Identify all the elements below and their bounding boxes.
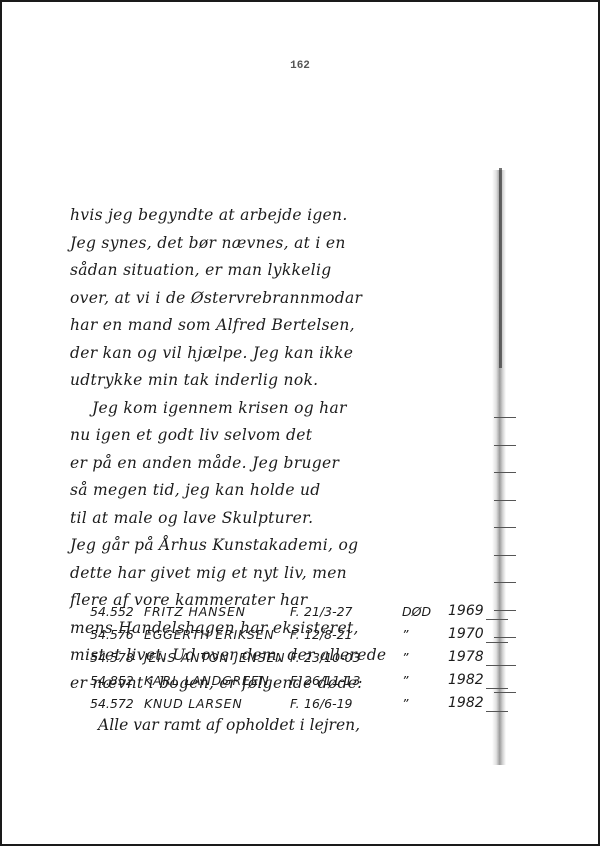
death-year: 1982 [448,669,484,692]
death-year: 1982 [448,692,484,715]
handwritten-line: dette har givet mig et nyt liv, men [70,560,510,588]
died-label: DØD [402,600,431,623]
prisoner-number: 54.552 [90,600,134,623]
handwritten-line: er på en anden måde. Jeg bruger [70,450,510,478]
born-label: F. [290,692,300,715]
prisoner-number: 54.572 [90,692,134,715]
person-name: JENS ANTON JENSEN [144,646,285,669]
person-name: KARL LANDGREEN [144,669,270,692]
died-label: ” [402,623,408,646]
born-label: F. [290,646,300,669]
prisoner-number: 54.576 [90,623,134,646]
person-name: FRITZ HANSEN [144,600,246,623]
birth-date: 23/10-03 [304,646,360,669]
handwritten-line: udtrykke min tak inderlig nok. [70,367,510,395]
died-label: ” [402,669,408,692]
list-item: 54.578 JENS ANTON JENSEN F. 23/10-03 ” 1… [90,646,500,669]
handwritten-line: over, at vi i de Østervrebrannmodar [70,285,510,313]
handwritten-line: har en mand som Alfred Bertelsen, [70,312,510,340]
birth-date: 16/6-19 [304,692,353,715]
born-label: F. [290,623,300,646]
person-name: KNUD LARSEN [144,692,242,715]
death-year: 1978 [448,646,484,669]
handwritten-line: til at male og lave Skulpturer. [70,505,510,533]
handwritten-line: Jeg synes, det bør nævnes, at i en [70,230,510,258]
list-item: 54.572 KNUD LARSEN F. 16/6-19 ” 1982 [90,692,500,715]
handwritten-line: sådan situation, er man lykkelig [70,257,510,285]
deaths-list: 54.552 FRITZ HANSEN F. 21/3-27 DØD 1969 … [90,600,500,715]
document-page: 162 hvis jeg begyndte at arbejde igen. J… [0,0,600,846]
prisoner-number: 54.578 [90,646,134,669]
list-item: 54.576 EGGERTH ERIKSEN F. 12/8-21 ” 1970 [90,623,500,646]
birth-date: 26/11-13 [304,669,360,692]
handwritten-line: så megen tid, jeg kan holde ud [70,477,510,505]
handwritten-line: Jeg kom igennem krisen og har [70,395,510,423]
handwritten-line: nu igen et godt liv selvom det [70,422,510,450]
handwritten-line: hvis jeg begyndte at arbejde igen. [70,202,510,230]
handwritten-line: der kan og vil hjælpe. Jeg kan ikke [70,340,510,368]
list-item: 54.552 FRITZ HANSEN F. 21/3-27 DØD 1969 [90,600,500,623]
born-label: F. [290,600,300,623]
prisoner-number: 54.852 [90,669,134,692]
handwritten-line: Jeg går på Århus Kunstakademi, og [70,532,510,560]
person-name: EGGERTH ERIKSEN [144,623,275,646]
death-year: 1969 [448,600,484,623]
died-label: ” [402,692,408,715]
born-label: F. [290,669,300,692]
page-number: 162 [2,60,598,72]
closing-line: Alle var ramt af opholdet i lejren, [98,716,360,734]
birth-date: 21/3-27 [304,600,353,623]
list-item: 54.852 KARL LANDGREEN F. 26/11-13 ” 1982 [90,669,500,692]
death-year: 1970 [448,623,484,646]
died-label: ” [402,646,408,669]
birth-date: 12/8-21 [304,623,353,646]
